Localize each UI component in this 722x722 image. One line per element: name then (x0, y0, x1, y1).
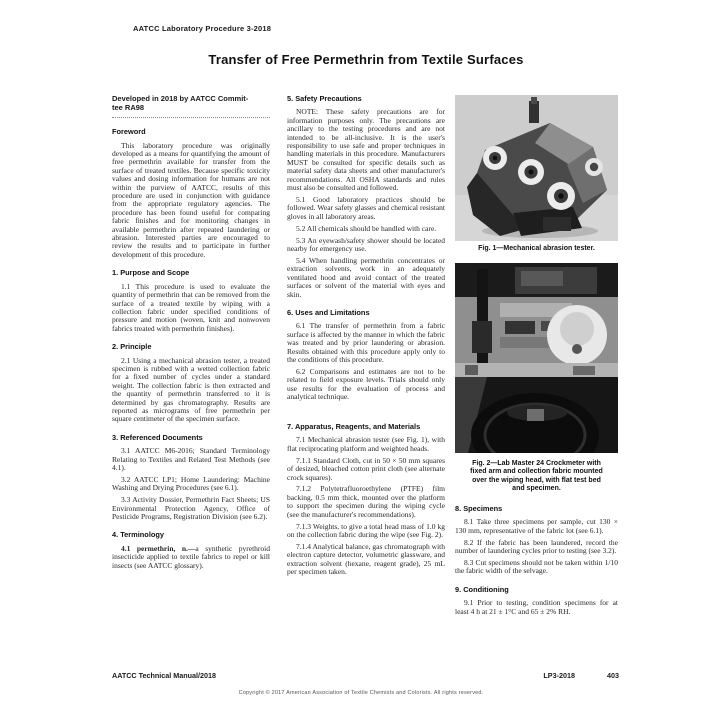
developed-by-line-2: tee RA98 (112, 104, 270, 113)
heading-uses-and-limitations: 6. Uses and Limitations (287, 309, 445, 317)
paragraph-8-3: 8.3 Cut specimens should not be taken wi… (455, 559, 618, 576)
document-page: AATCC Laboratory Procedure 3-2018 Transf… (0, 0, 722, 722)
paragraph-7-1-2: 7.1.2 Polytetrafluoroethylene (PTFE) fil… (287, 485, 445, 519)
paragraph-6-2: 6.2 Comparisons and estimates are not to… (287, 368, 445, 402)
figure-1-photo (455, 95, 618, 241)
paragraph-7-1-1: 7.1.1 Standard Cloth, cut in 50 × 50 mm … (287, 457, 445, 482)
paragraph-7-1-4: 7.1.4 Analytical balance, gas chromatogr… (287, 543, 445, 577)
paragraph-safety-note: NOTE: These safety precautions are for i… (287, 108, 445, 192)
paragraph-1-1: 1.1 This procedure is used to evaluate t… (112, 283, 270, 333)
paragraph-5-1: 5.1 Good laboratory practices should be … (287, 196, 445, 221)
paragraph-2-1: 2.1 Using a mechanical abrasion tester, … (112, 357, 270, 424)
heading-principle: 2. Principle (112, 343, 270, 351)
divider (112, 117, 270, 118)
figure-2-caption: Fig. 2—Lab Master 24 Crockmeter with fix… (468, 460, 606, 493)
paragraph-8-1: 8.1 Take three specimens per sample, cut… (455, 518, 618, 535)
column-center: 5. Safety Precautions NOTE: These safety… (287, 95, 445, 657)
paragraph-5-4: 5.4 When handling permethrin concentrate… (287, 257, 445, 299)
heading-purpose-and-scope: 1. Purpose and Scope (112, 269, 270, 277)
heading-terminology: 4. Terminology (112, 531, 270, 539)
paragraph-5-3: 5.3 An eyewash/safety shower should be l… (287, 237, 445, 254)
paragraph-4-1: 4.1 permethrin, n.—a synthetic pyrethroi… (112, 545, 270, 570)
paragraph-8-2: 8.2 If the fabric has been laundered, re… (455, 539, 618, 556)
heading-foreword: Foreword (112, 128, 270, 136)
paragraph-7-1: 7.1 Mechanical abrasion tester (see Fig.… (287, 436, 445, 453)
paragraph-3-2: 3.2 AATCC LP1; Home Laundering: Machine … (112, 476, 270, 493)
heading-apparatus-reagents-materials: 7. Apparatus, Reagents, and Materials (287, 423, 445, 431)
column-right: Fig. 1—Mechanical abrasion tester. (455, 95, 618, 657)
heading-specimens: 8. Specimens (455, 505, 618, 513)
paragraph-5-2: 5.2 All chemicals should be handled with… (287, 225, 445, 233)
figure-2-photo (455, 263, 618, 453)
footer-page-number: 403 (595, 671, 619, 680)
spacer (287, 405, 445, 413)
paragraph-9-1: 9.1 Prior to testing, condition specimen… (455, 599, 618, 616)
paragraph-7-1-3: 7.1.3 Weights, to give a total head mass… (287, 523, 445, 540)
copyright-line: Copyright © 2017 American Association of… (111, 690, 611, 696)
figure-1-caption: Fig. 1—Mechanical abrasion tester. (462, 245, 612, 253)
paragraph-foreword: This laboratory procedure was originally… (112, 142, 270, 260)
paragraph-6-1: 6.1 The transfer of permethrin from a fa… (287, 322, 445, 364)
heading-referenced-documents: 3. Referenced Documents (112, 434, 270, 442)
page-title: Transfer of Free Permethrin from Textile… (112, 52, 620, 67)
column-left: Developed in 2018 by AATCC Commit- tee R… (112, 95, 270, 657)
paragraph-3-1: 3.1 AATCC M6-2016; Standard Terminology … (112, 447, 270, 472)
heading-safety-precautions: 5. Safety Precautions (287, 95, 445, 103)
footer-manual-title: AATCC Technical Manual/2018 (112, 671, 216, 680)
footer-document-code: LP3-2018 (500, 671, 575, 680)
heading-conditioning: 9. Conditioning (455, 586, 618, 594)
document-header: AATCC Laboratory Procedure 3-2018 (133, 24, 271, 33)
paragraph-3-3: 3.3 Activity Dossier, Permethrin Fact Sh… (112, 496, 270, 521)
